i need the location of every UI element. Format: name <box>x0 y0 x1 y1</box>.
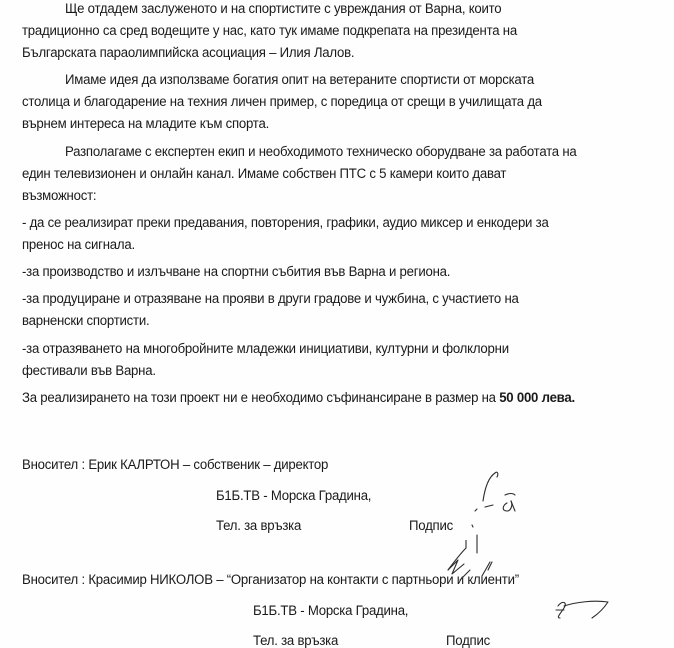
capability-item-4-line-2: фестивали във Варна. <box>22 362 156 380</box>
submitter-1-label: Вносител : Ерик КАЛРТОН – собственик – д… <box>22 456 328 474</box>
paragraph-2-line-3: върнем интереса на младите към спорта. <box>22 115 269 133</box>
signature-1-handwriting <box>455 465 535 555</box>
paragraph-2-line-1: Имаме идея да използваме богатия опит на… <box>65 71 534 89</box>
funding-text: За реализирането на този проект ни е нео… <box>22 390 499 406</box>
submitter-2-label: Вносител : Красимир НИКОЛОВ – “Организат… <box>22 571 519 589</box>
capability-item-4-line-1: -за отразяването на многобройните младеж… <box>22 340 509 358</box>
funding-statement: За реализирането на този проект ни е нео… <box>22 389 575 407</box>
submitter-1-signature-label: Подпис <box>409 517 453 535</box>
submitter-1-phone-label: Тел. за връзка <box>216 517 301 535</box>
paragraph-1-line-3: Българската параолимпийска асоциация – И… <box>22 44 354 62</box>
submitter-2-organization: Б1Б.ТВ - Морска Градина, <box>253 602 408 620</box>
scanned-document-page: Ще отдадем заслуженото и на спортистите … <box>0 0 674 648</box>
capability-item-3-line-2: варненски спортисти. <box>22 312 149 330</box>
paragraph-2-line-2: столица и благодарение на техния личен п… <box>22 93 542 111</box>
submitter-1-organization: Б1Б.ТВ - Морска Градина, <box>216 487 371 505</box>
funding-amount: 50 000 лева. <box>499 390 575 406</box>
submitter-2-signature-label: Подпис <box>446 632 490 648</box>
capability-item-2-line-1: -за производство и излъчване на спортни … <box>22 263 450 281</box>
capability-item-3-line-1: -за продуциране и отразяване на прояви в… <box>22 290 519 308</box>
capability-item-1-line-2: пренос на сигнала. <box>22 236 135 254</box>
capability-item-1-line-1: - да се реализират преки предавания, пов… <box>22 214 549 232</box>
paragraph-1-line-2: традиционно са сред водещите у нас, като… <box>22 22 517 40</box>
paragraph-3-line-3: възможност: <box>22 187 96 205</box>
paragraph-3-line-1: Разполагаме с експертен екип и необходим… <box>65 143 577 161</box>
signature-2-lower-handwriting <box>550 596 620 626</box>
paragraph-1-line-1: Ще отдадем заслуженото и на спортистите … <box>65 0 501 18</box>
paragraph-3-line-2: един телевизионен и онлайн канал. Имаме … <box>22 165 506 183</box>
submitter-2-phone-label: Тел. за връзка <box>253 632 338 648</box>
